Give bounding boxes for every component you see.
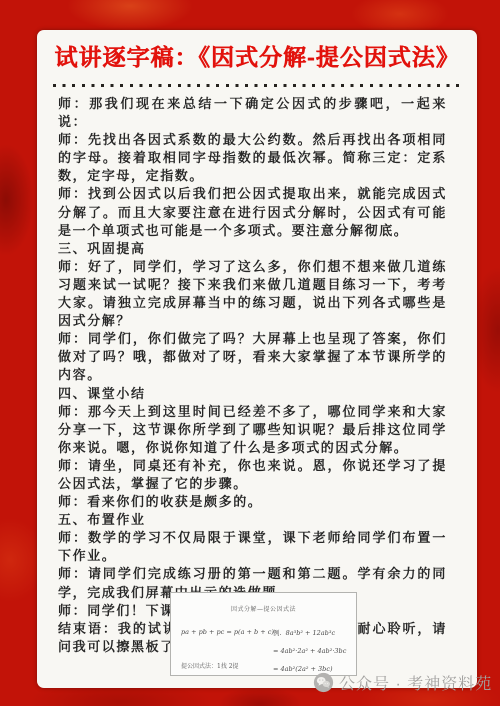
- script-paragraph: 师：数学的学习不仅局限于课堂，课下老师给同学们布置一下作业。: [58, 529, 447, 565]
- board-title: 因式分解—提公因式法: [171, 604, 356, 613]
- board-example-label: 例.: [273, 629, 282, 637]
- script-paragraph: 师：找到公因式以后我们把公因式提取出来，就能完成因式分解了。而且大家要注意在进行…: [58, 185, 447, 239]
- script-paragraph: 师：好了，同学们，学习了这么多，你们想不想来做几道练习题来试一试呢？接下来我们来…: [58, 258, 447, 330]
- script-paragraph: 师：先找出各因式系数的最大公约数。然后再找出各项相同的字母。接着取相同字母指数的…: [58, 131, 447, 185]
- board-example-line: = 4ab²·2a² + 4ab²·3bc: [273, 647, 346, 655]
- teaching-script: 师：那我们现在来总结一下确定公因式的步骤吧，一起来说： 师：先找出各因式系数的最…: [58, 95, 447, 656]
- board-example-line: 例.8a³b² + 12ab³c: [273, 628, 346, 637]
- board-example-expression: 8a³b² + 12ab³c: [286, 629, 336, 637]
- script-paragraph: 师：那今天上到这里时间已经差不多了，哪位同学来和大家分享一下，这节课你所学到了哪…: [58, 403, 447, 457]
- script-paragraph: 三、巩固提高: [58, 240, 447, 258]
- blackboard-design-image: 因式分解—提公因式法 pa + pb + pc = p(a + b + c) 例…: [170, 592, 357, 676]
- board-formula-left: pa + pb + pc = p(a + b + c): [181, 628, 274, 636]
- wechat-icon: [313, 672, 334, 693]
- page-title: 试讲逐字稿：《因式分解-提公因式法》: [37, 39, 477, 72]
- wechat-watermark: 公众号 · 考神资料苑: [313, 671, 492, 694]
- script-paragraph: 师：请坐，同桌还有补充，你也来说。恩，你说还学习了提公因式法，掌握了它的步骤。: [58, 457, 447, 493]
- script-paragraph: 师：看来你们的收获是颇多的。: [58, 493, 447, 511]
- script-paragraph: 四、课堂小结: [58, 385, 447, 403]
- dotted-divider: [53, 84, 461, 87]
- board-steps: 提公因式法：1找 2提: [181, 661, 239, 670]
- script-paragraph: 师：那我们现在来总结一下确定公因式的步骤吧，一起来说：: [58, 95, 447, 131]
- script-paragraph: 五、布置作业: [58, 511, 447, 529]
- poster-frame: 试讲逐字稿：《因式分解-提公因式法》 师：那我们现在来总结一下确定公因式的步骤吧…: [0, 0, 500, 706]
- content-card: 试讲逐字稿：《因式分解-提公因式法》 师：那我们现在来总结一下确定公因式的步骤吧…: [37, 30, 477, 688]
- script-paragraph: 师：同学们，你们做完了吗？大屏幕上也呈现了答案，你们做对了吗？哦，都做对了呀，看…: [58, 330, 447, 384]
- wechat-label: 公众号 · 考神资料苑: [339, 671, 492, 694]
